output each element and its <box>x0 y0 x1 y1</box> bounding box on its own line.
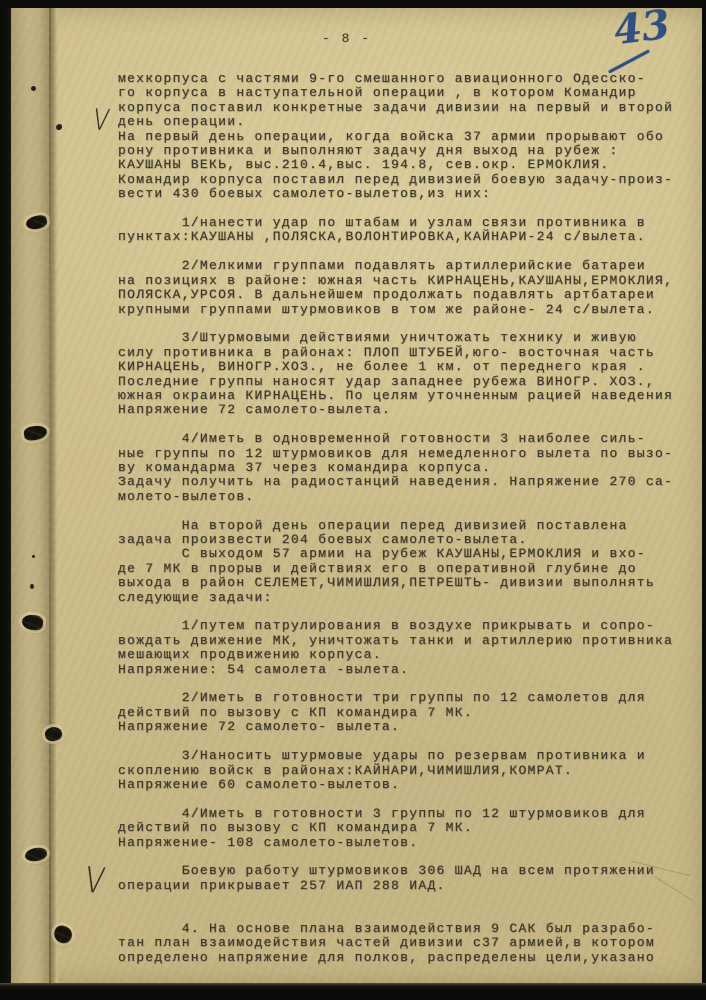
scan-edge-bottom <box>0 983 706 1000</box>
ink-speck <box>56 124 62 130</box>
ink-speck <box>30 584 34 589</box>
ink-speck <box>32 555 35 558</box>
handwritten-archive-number: 43 <box>611 1 672 54</box>
scan-edge-right <box>702 0 706 1000</box>
page-number: - 8 - <box>322 31 371 46</box>
scan-edge-top <box>0 0 706 8</box>
scanned-document-page: - 8 - 43 V V мехкорпуса с частями 9-го с… <box>0 0 706 1000</box>
scan-edge-left <box>0 0 11 1000</box>
fold-crease-line <box>49 8 51 984</box>
left-fold-edge <box>11 8 59 984</box>
ink-speck <box>31 86 36 91</box>
document-body-text: мехкорпуса с частями 9-го смешанного ави… <box>118 72 698 965</box>
